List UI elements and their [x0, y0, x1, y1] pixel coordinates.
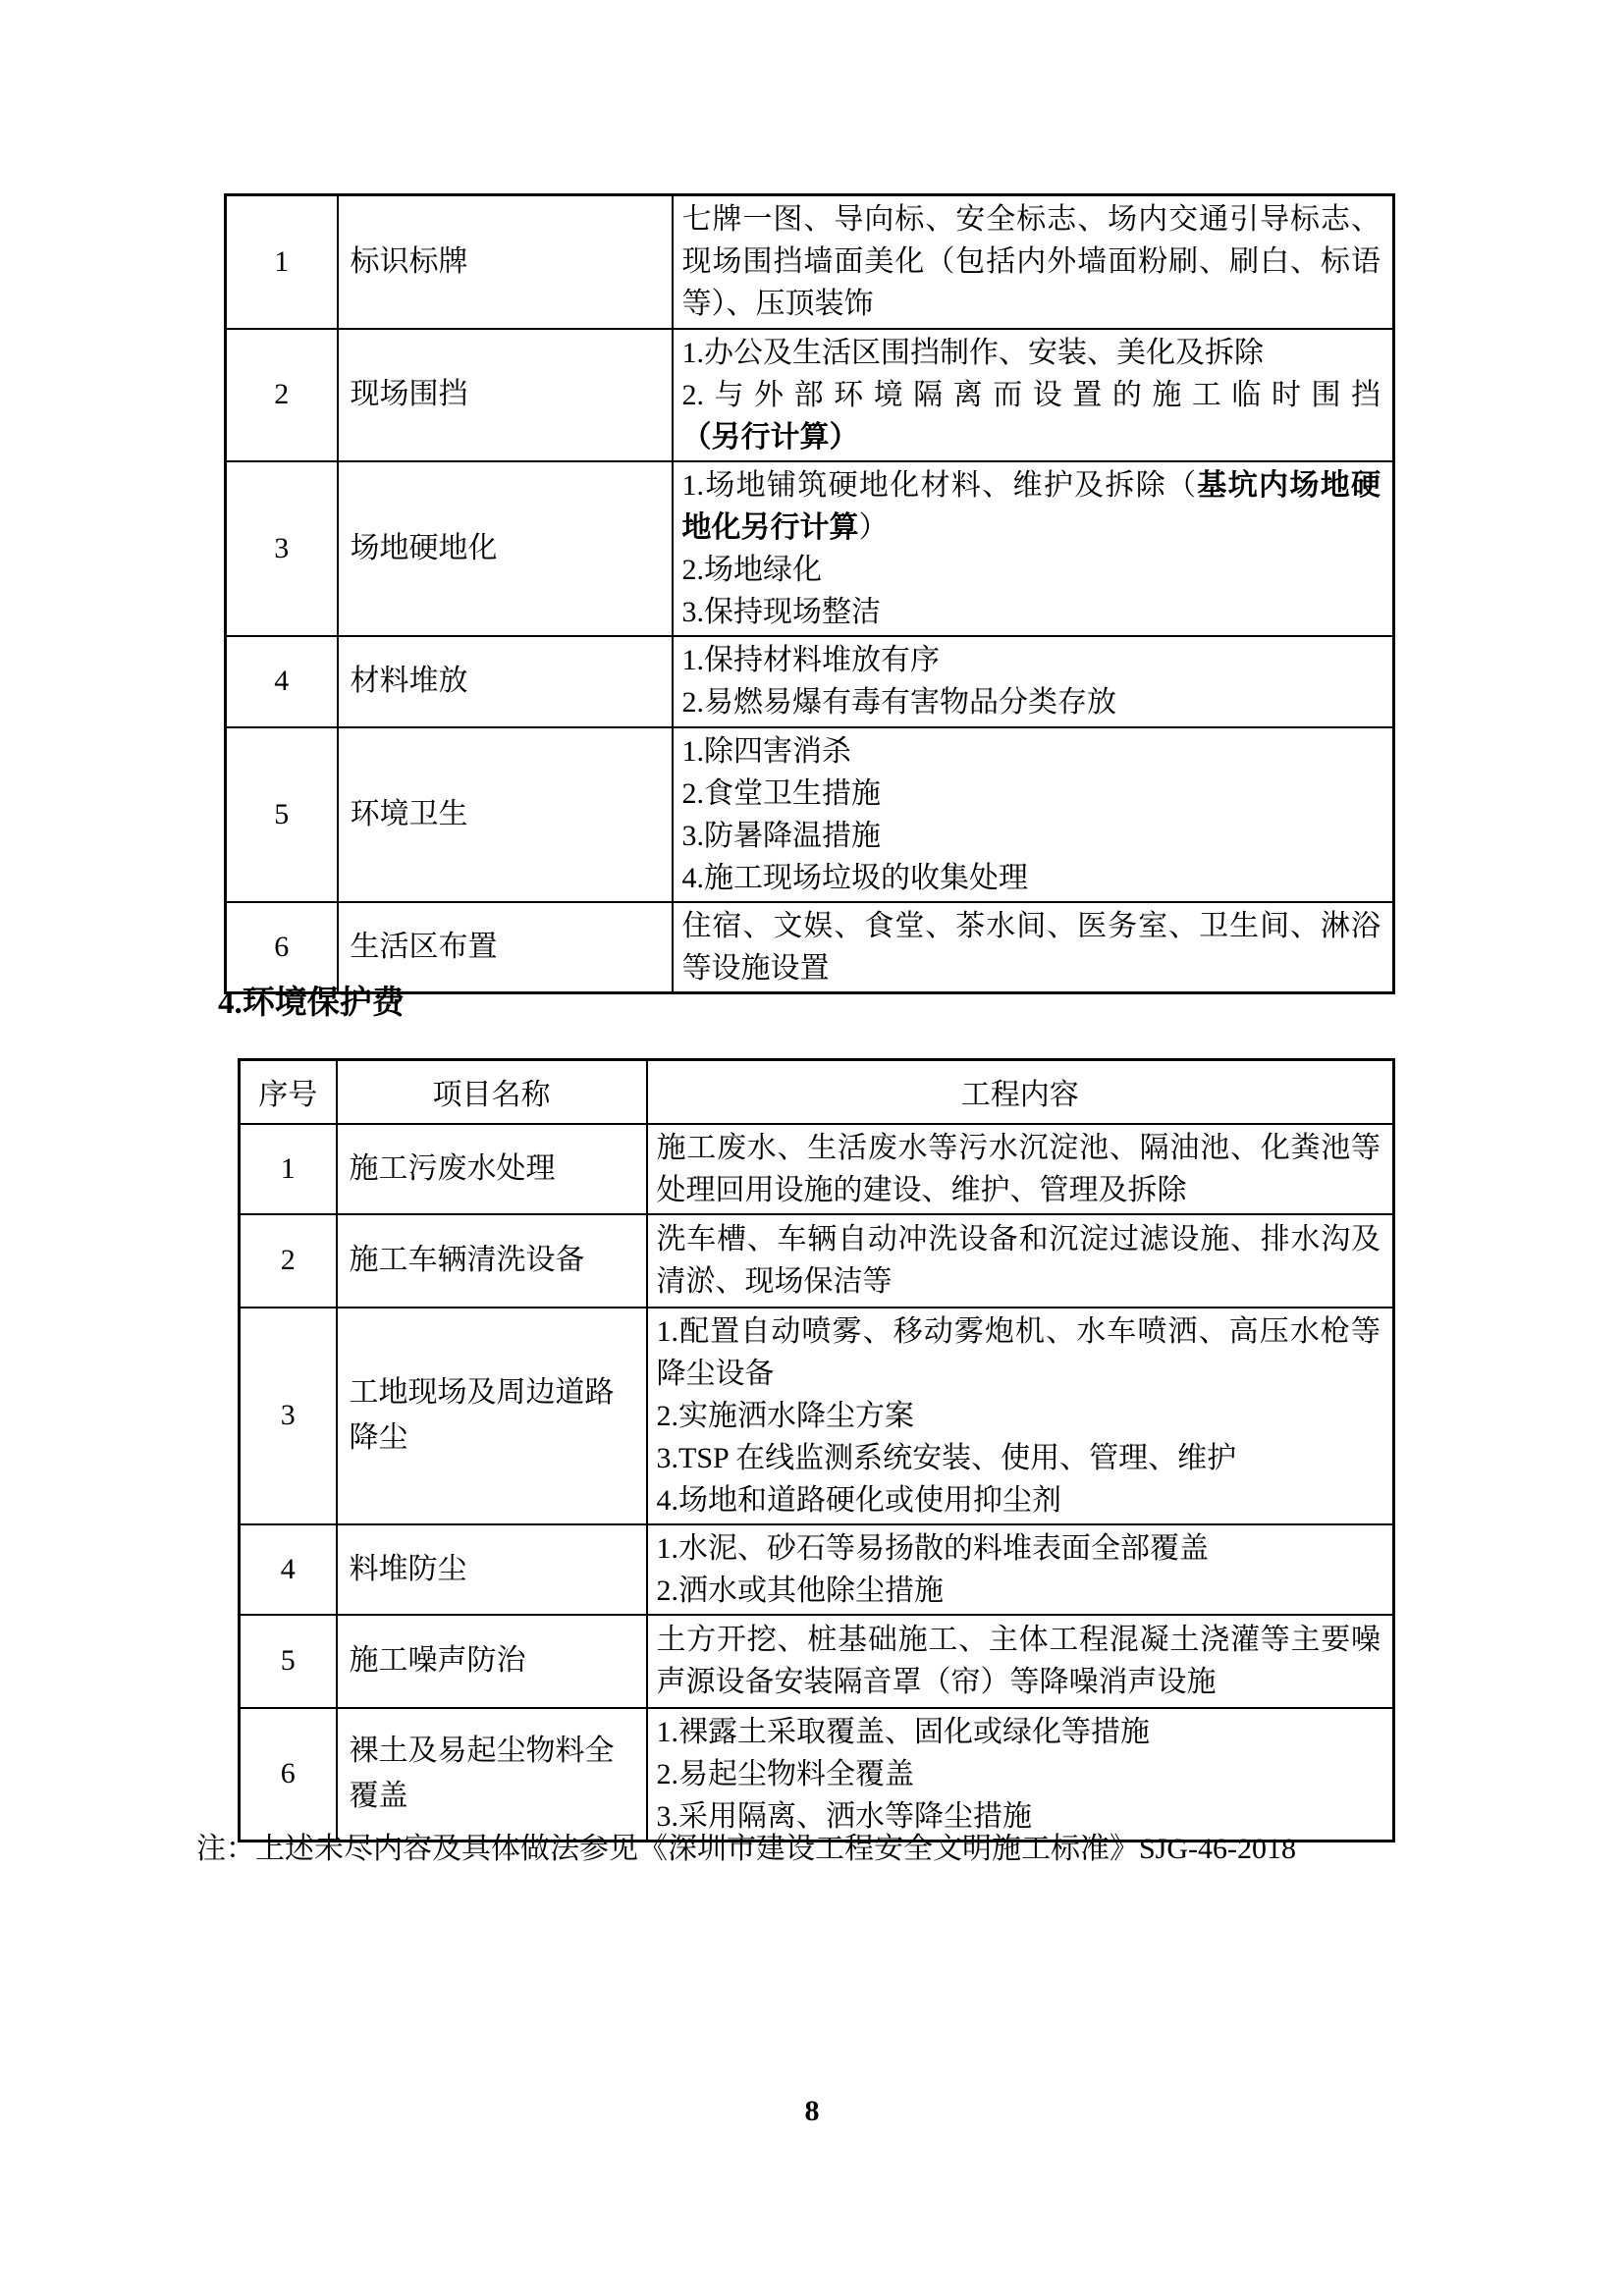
text-segment: 2.实施洒水降尘方案: [657, 1400, 915, 1432]
item-name-cell: 裸土及易起尘物料全覆盖: [337, 1708, 647, 1842]
item-name-cell: 工地现场及周边道路降尘: [337, 1308, 647, 1524]
row-number-cell: 5: [240, 1615, 337, 1708]
text-segment: 2.食堂卫生措施: [682, 777, 882, 810]
work-content-cell: 洗车槽、车辆自动冲洗设备和沉淀过滤设施、排水沟及清淤、现场保洁等: [647, 1214, 1394, 1308]
work-content-cell: 1.除四害消杀2.食堂卫生措施3.防暑降温措施4.施工现场垃圾的收集处理: [673, 727, 1394, 902]
text-segment: 1.场地铺筑硬地化材料、维护及拆除（: [682, 469, 1198, 502]
table-row: 3场地硬地化1.场地铺筑硬地化材料、维护及拆除（基坑内场地硬地化另行计算）2.场…: [226, 461, 1394, 636]
row-number-cell: 5: [226, 727, 338, 902]
content-paragraph: 3.保持现场整洁: [682, 591, 1381, 633]
column-header: 工程内容: [647, 1060, 1394, 1124]
work-content-cell: 1.水泥、砂石等易扬散的料堆表面全部覆盖2.洒水或其他除尘措施: [647, 1524, 1394, 1615]
text-segment: 七牌一图、导向标、安全标志、场内交通引导标志、现场围挡墙面美化（包括内外墙面粉刷…: [682, 203, 1381, 320]
content-paragraph: 3.TSP 在线监测系统安装、使用、管理、维护: [657, 1437, 1381, 1479]
bold-text-segment: （另行计算）: [682, 421, 859, 454]
work-content-cell: 七牌一图、导向标、安全标志、场内交通引导标志、现场围挡墙面美化（包括内外墙面粉刷…: [673, 195, 1394, 329]
environmental-protection-fee-table-body: 1施工污废水处理施工废水、生活废水等污水沉淀池、隔油池、化粪池等处理回用设施的建…: [240, 1124, 1394, 1842]
text-segment: 4.场地和道路硬化或使用抑尘剂: [657, 1484, 1062, 1517]
table-row: 1标识标牌七牌一图、导向标、安全标志、场内交通引导标志、现场围挡墙面美化（包括内…: [226, 195, 1394, 329]
row-number-cell: 4: [240, 1524, 337, 1615]
table-row: 3工地现场及周边道路降尘1.配置自动喷雾、移动雾炮机、水车喷洒、高压水枪等降尘设…: [240, 1308, 1394, 1524]
item-name-cell: 料堆防尘: [337, 1524, 647, 1615]
row-number-cell: 2: [226, 329, 338, 461]
text-segment: 1.保持材料堆放有序: [682, 644, 941, 676]
text-segment: 1.除四害消杀: [682, 735, 852, 768]
table-row: 6裸土及易起尘物料全覆盖1.裸露土采取覆盖、固化或绿化等措施2.易起尘物料全覆盖…: [240, 1708, 1394, 1842]
content-paragraph: 土方开挖、桩基础施工、主体工程混凝土浇灌等主要噪声源设备安装隔音罩（帘）等降噪消…: [657, 1619, 1381, 1703]
row-number-cell: 1: [240, 1124, 337, 1214]
content-paragraph: 2.与外部环境隔离而设置的施工临时围挡（另行计算）: [682, 374, 1381, 458]
item-name-cell: 现场围挡: [338, 329, 673, 461]
site-items-table-body: 1标识标牌七牌一图、导向标、安全标志、场内交通引导标志、现场围挡墙面美化（包括内…: [226, 195, 1394, 993]
table-row: 2现场围挡1.办公及生活区围挡制作、安装、美化及拆除2.与外部环境隔离而设置的施…: [226, 329, 1394, 461]
table-row: 4材料堆放1.保持材料堆放有序2.易燃易爆有毒有害物品分类存放: [226, 636, 1394, 727]
content-paragraph: 1.配置自动喷雾、移动雾炮机、水车喷洒、高压水枪等降尘设备: [657, 1310, 1381, 1395]
content-paragraph: 洗车槽、车辆自动冲洗设备和沉淀过滤设施、排水沟及清淤、现场保洁等: [657, 1218, 1381, 1303]
work-content-cell: 1.保持材料堆放有序2.易燃易爆有毒有害物品分类存放: [673, 636, 1394, 727]
content-paragraph: 3.防暑降温措施: [682, 815, 1381, 857]
content-paragraph: 1.保持材料堆放有序: [682, 639, 1381, 681]
content-paragraph: 1.除四害消杀: [682, 730, 1381, 773]
row-number-cell: 2: [240, 1214, 337, 1308]
work-content-cell: 1.配置自动喷雾、移动雾炮机、水车喷洒、高压水枪等降尘设备2.实施洒水降尘方案3…: [647, 1308, 1394, 1524]
item-name-cell: 施工车辆清洗设备: [337, 1214, 647, 1308]
text-segment: 3.保持现场整洁: [682, 596, 882, 628]
text-segment: 2.与外部环境隔离而设置的施工临时围挡: [682, 379, 1381, 411]
table-row: 5施工噪声防治土方开挖、桩基础施工、主体工程混凝土浇灌等主要噪声源设备安装隔音罩…: [240, 1615, 1394, 1708]
text-segment: 1.水泥、砂石等易扬散的料堆表面全部覆盖: [657, 1532, 1210, 1565]
content-paragraph: 2.场地绿化: [682, 549, 1381, 591]
content-paragraph: 1.场地铺筑硬地化材料、维护及拆除（基坑内场地硬地化另行计算）: [682, 464, 1381, 549]
column-header: 项目名称: [337, 1060, 647, 1124]
text-segment: 1.办公及生活区围挡制作、安装、美化及拆除: [682, 337, 1265, 369]
row-number-cell: 4: [226, 636, 338, 727]
table-row: 5环境卫生1.除四害消杀2.食堂卫生措施3.防暑降温措施4.施工现场垃圾的收集处…: [226, 727, 1394, 902]
table-row: 2施工车辆清洗设备洗车槽、车辆自动冲洗设备和沉淀过滤设施、排水沟及清淤、现场保洁…: [240, 1214, 1394, 1308]
text-segment: 1.裸露土采取覆盖、固化或绿化等措施: [657, 1716, 1151, 1748]
work-content-cell: 1.办公及生活区围挡制作、安装、美化及拆除2.与外部环境隔离而设置的施工临时围挡…: [673, 329, 1394, 461]
table-row: 4料堆防尘1.水泥、砂石等易扬散的料堆表面全部覆盖2.洒水或其他除尘措施: [240, 1524, 1394, 1615]
content-paragraph: 施工废水、生活废水等污水沉淀池、隔油池、化粪池等处理回用设施的建设、维护、管理及…: [657, 1127, 1381, 1211]
text-segment: 洗车槽、车辆自动冲洗设备和沉淀过滤设施、排水沟及清淤、现场保洁等: [657, 1223, 1381, 1298]
content-paragraph: 1.办公及生活区围挡制作、安装、美化及拆除: [682, 332, 1381, 374]
content-paragraph: 2.易燃易爆有毒有害物品分类存放: [682, 681, 1381, 723]
content-paragraph: 2.洒水或其他除尘措施: [657, 1570, 1381, 1612]
content-paragraph: 1.水泥、砂石等易扬散的料堆表面全部覆盖: [657, 1527, 1381, 1570]
content-paragraph: 七牌一图、导向标、安全标志、场内交通引导标志、现场围挡墙面美化（包括内外墙面粉刷…: [682, 198, 1381, 325]
work-content-cell: 施工废水、生活废水等污水沉淀池、隔油池、化粪池等处理回用设施的建设、维护、管理及…: [647, 1124, 1394, 1214]
row-number-cell: 6: [240, 1708, 337, 1842]
text-segment: 住宿、文娱、食堂、茶水间、医务室、卫生间、淋浴等设施设置: [682, 910, 1381, 985]
text-segment: 4.施工现场垃圾的收集处理: [682, 862, 1029, 894]
site-items-table: 1标识标牌七牌一图、导向标、安全标志、场内交通引导标志、现场围挡墙面美化（包括内…: [224, 193, 1395, 994]
environmental-protection-fee-table-head: 序号项目名称工程内容: [240, 1060, 1394, 1124]
footnote: 注：上述未尽内容及具体做法参见《深圳市建设工程安全文明施工标准》SJG-46-2…: [196, 1828, 1404, 1871]
header-row: 序号项目名称工程内容: [240, 1060, 1394, 1124]
text-segment: 3.防暑降温措施: [682, 820, 882, 852]
row-number-cell: 3: [240, 1308, 337, 1524]
item-name-cell: 施工污废水处理: [337, 1124, 647, 1214]
text-segment: 施工废水、生活废水等污水沉淀池、隔油池、化粪池等处理回用设施的建设、维护、管理及…: [657, 1132, 1381, 1206]
content-paragraph: 2.食堂卫生措施: [682, 773, 1381, 815]
work-content-cell: 1.场地铺筑硬地化材料、维护及拆除（基坑内场地硬地化另行计算）2.场地绿化3.保…: [673, 461, 1394, 636]
content-paragraph: 2.易起尘物料全覆盖: [657, 1753, 1381, 1795]
page-number: 8: [0, 2095, 1624, 2128]
item-name-cell: 场地硬地化: [338, 461, 673, 636]
text-segment: 土方开挖、桩基础施工、主体工程混凝土浇灌等主要噪声源设备安装隔音罩（帘）等降噪消…: [657, 1624, 1381, 1698]
environmental-protection-fee-table: 序号项目名称工程内容 1施工污废水处理施工废水、生活废水等污水沉淀池、隔油池、化…: [238, 1058, 1395, 1842]
text-segment: 2.洒水或其他除尘措施: [657, 1575, 945, 1607]
work-content-cell: 1.裸露土采取覆盖、固化或绿化等措施2.易起尘物料全覆盖3.采用隔离、洒水等降尘…: [647, 1708, 1394, 1842]
row-number-cell: 3: [226, 461, 338, 636]
row-number-cell: 1: [226, 195, 338, 329]
item-name-cell: 标识标牌: [338, 195, 673, 329]
item-name-cell: 环境卫生: [338, 727, 673, 902]
content-paragraph: 4.场地和道路硬化或使用抑尘剂: [657, 1479, 1381, 1522]
text-segment: 2.易起尘物料全覆盖: [657, 1758, 915, 1790]
content-paragraph: 1.裸露土采取覆盖、固化或绿化等措施: [657, 1711, 1381, 1753]
table-row: 1施工污废水处理施工废水、生活废水等污水沉淀池、隔油池、化粪池等处理回用设施的建…: [240, 1124, 1394, 1214]
text-segment: ）: [859, 511, 889, 544]
column-header: 序号: [240, 1060, 337, 1124]
text-segment: 1.配置自动喷雾、移动雾炮机、水车喷洒、高压水枪等降尘设备: [657, 1315, 1381, 1390]
item-name-cell: 材料堆放: [338, 636, 673, 727]
text-segment: 3.TSP 在线监测系统安装、使用、管理、维护: [657, 1442, 1237, 1474]
work-content-cell: 土方开挖、桩基础施工、主体工程混凝土浇灌等主要噪声源设备安装隔音罩（帘）等降噪消…: [647, 1615, 1394, 1708]
item-name-cell: 施工噪声防治: [337, 1615, 647, 1708]
text-segment: 2.场地绿化: [682, 554, 823, 586]
content-paragraph: 住宿、文娱、食堂、茶水间、医务室、卫生间、淋浴等设施设置: [682, 905, 1381, 989]
section-heading: 4.环境保护费: [218, 977, 405, 1023]
content-paragraph: 4.施工现场垃圾的收集处理: [682, 857, 1381, 899]
work-content-cell: 住宿、文娱、食堂、茶水间、医务室、卫生间、淋浴等设施设置: [673, 902, 1394, 993]
content-paragraph: 2.实施洒水降尘方案: [657, 1395, 1381, 1437]
text-segment: 2.易燃易爆有毒有害物品分类存放: [682, 686, 1117, 719]
